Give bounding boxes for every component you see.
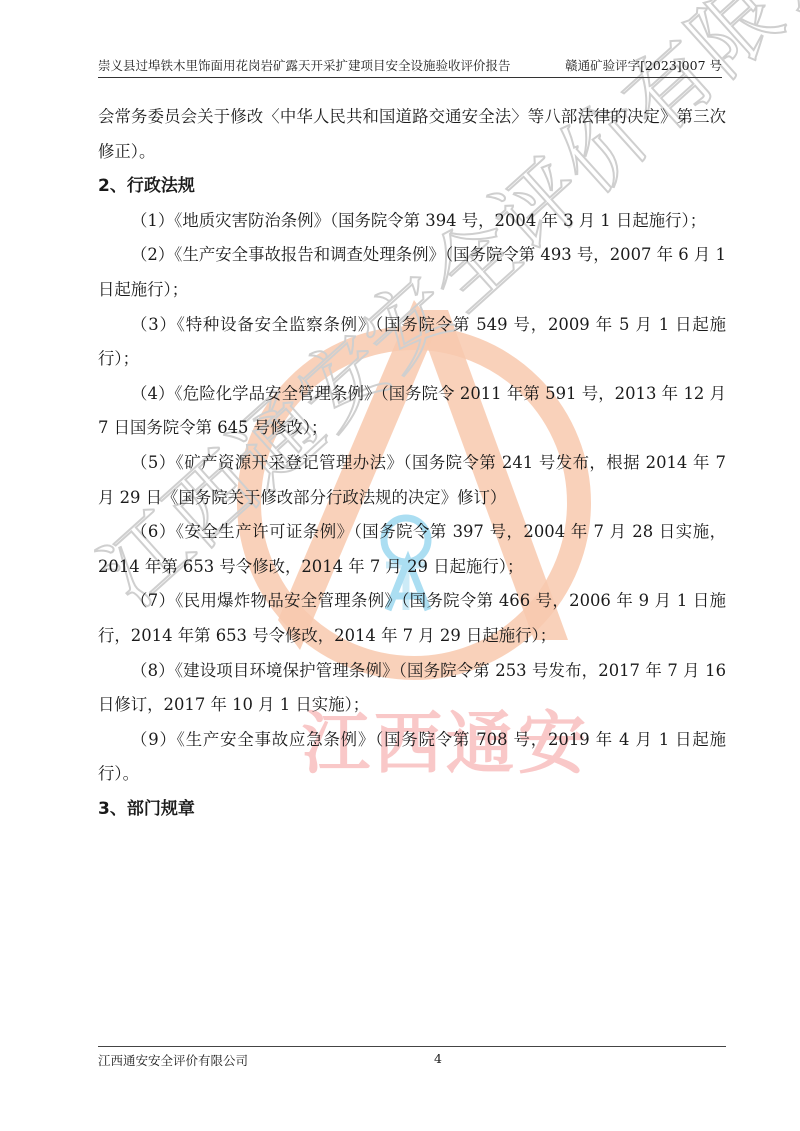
footer-company: 江西通安安全评价有限公司	[98, 1051, 248, 1069]
page-header: 崇义县过埠铁木里饰面用花岗岩矿露天开采扩建项目安全设施验收评价报告 赣通矿验评字…	[98, 56, 722, 78]
page-number: 4	[434, 1051, 442, 1066]
document-body: 会常务委员会关于修改〈中华人民共和国道路交通安全法〉等八部法律的决定》第三次修正…	[98, 100, 726, 826]
regulation-item-5: （5）《矿产资源开采登记管理办法》（国务院令第 241 号发布，根据 2014 …	[98, 446, 726, 515]
regulation-item-4: （4）《危险化学品安全管理条例》（国务院令 2011 年第 591 号，2013…	[98, 377, 726, 446]
regulation-item-2: （2）《生产安全事故报告和调查处理条例》（国务院令第 493 号，2007 年 …	[98, 238, 726, 307]
document-number: 赣通矿验评字[2023]007 号	[565, 56, 722, 74]
continuation-paragraph: 会常务委员会关于修改〈中华人民共和国道路交通安全法〉等八部法律的决定》第三次修正…	[98, 100, 726, 169]
regulation-item-9: （9）《生产安全事故应急条例》（国务院令第 708 号，2019 年 4 月 1…	[98, 723, 726, 792]
report-title: 崇义县过埠铁木里饰面用花岗岩矿露天开采扩建项目安全设施验收评价报告	[98, 56, 511, 74]
section-heading-administrative-regulations: 2、行政法规	[98, 169, 726, 204]
section-heading-department-rules: 3、部门规章	[98, 792, 726, 827]
regulation-item-6: （6）《安全生产许可证条例》（国务院令第 397 号，2004 年 7 月 28…	[98, 515, 726, 584]
regulation-item-7: （7）《民用爆炸物品安全管理条例》（国务院令第 466 号，2006 年 9 月…	[98, 584, 726, 653]
regulation-item-1: （1）《地质灾害防治条例》（国务院令第 394 号，2004 年 3 月 1 日…	[98, 204, 726, 239]
regulation-item-8: （8）《建设项目环境保护管理条例》（国务院令第 253 号发布，2017 年 7…	[98, 654, 726, 723]
page-footer: 江西通安安全评价有限公司 4	[98, 1046, 726, 1051]
regulation-item-3: （3）《特种设备安全监察条例》（国务院令第 549 号，2009 年 5 月 1…	[98, 308, 726, 377]
